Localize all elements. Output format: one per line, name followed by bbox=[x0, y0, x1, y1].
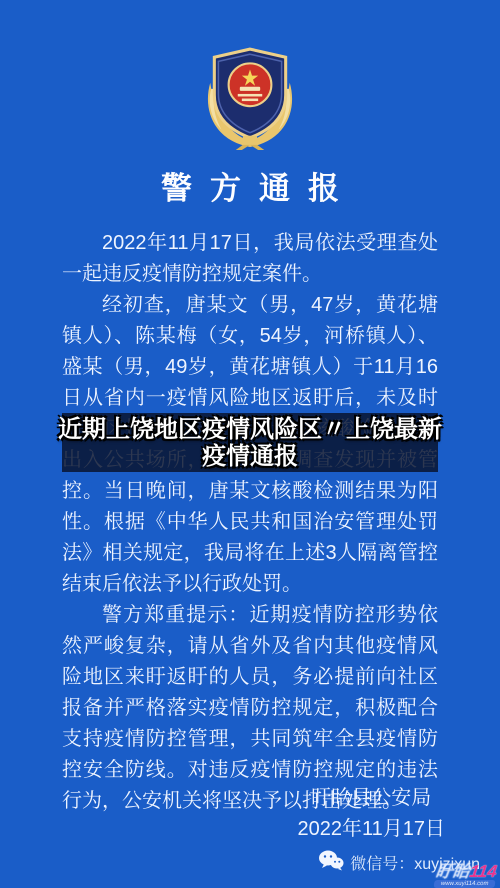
police-badge-icon bbox=[200, 44, 300, 150]
headline-overlay-banner: 近期上饶地区疫情风险区〃上饶最新 疫情通报 bbox=[62, 413, 438, 472]
notice-body: 2022年11月17日，我局依法受理查处一起违反疫情防控规定案件。 经初查，唐某… bbox=[62, 228, 438, 817]
site-watermark: 盱眙114 www.xuyi114.com bbox=[433, 866, 497, 888]
wechat-icon bbox=[318, 849, 344, 876]
watermark-number-text: 114 bbox=[468, 862, 498, 881]
watermark-brand-text: 盱眙 bbox=[434, 862, 471, 881]
watermark-url-text: www.xuyi114.com bbox=[433, 880, 495, 888]
headline-line-1: 近期上饶地区疫情风险区〃上饶最新 bbox=[58, 416, 442, 443]
signature-date: 2022年11月17日 bbox=[298, 814, 446, 845]
signature-block: 盱眙县公安局 2022年11月17日 bbox=[298, 783, 446, 845]
headline-line-2: 疫情通报 bbox=[202, 443, 298, 470]
notice-paragraph: 2022年11月17日，我局依法受理查处一起违反疫情防控规定案件。 bbox=[62, 228, 438, 290]
police-notice-poster: 警方通报 2022年11月17日，我局依法受理查处一起违反疫情防控规定案件。 经… bbox=[0, 0, 500, 888]
signature-agency: 盱眙县公安局 bbox=[298, 783, 446, 814]
notice-title: 警方通报 bbox=[0, 163, 500, 208]
